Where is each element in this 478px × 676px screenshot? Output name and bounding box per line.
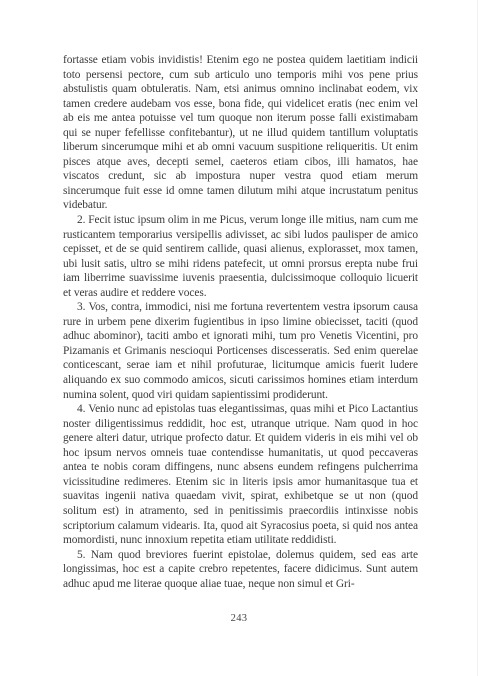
paragraph: 2. Fecit istuc ipsum olim in me Picus, v… (63, 213, 418, 300)
paragraph: fortasse etiam vobis invidistis! Etenim … (63, 53, 418, 213)
page-number: 243 (0, 613, 478, 624)
body-text: fortasse etiam vobis invidistis! Etenim … (63, 53, 418, 613)
paragraph: 5. Nam quod breviores fuerint epistolae,… (63, 548, 418, 592)
paragraph: 4. Venio nunc ad epistolas tuas eleganti… (63, 402, 418, 547)
paragraph: 3. Vos, contra, immodici, nisi me fortun… (63, 300, 418, 402)
book-page: fortasse etiam vobis invidistis! Etenim … (0, 0, 478, 676)
